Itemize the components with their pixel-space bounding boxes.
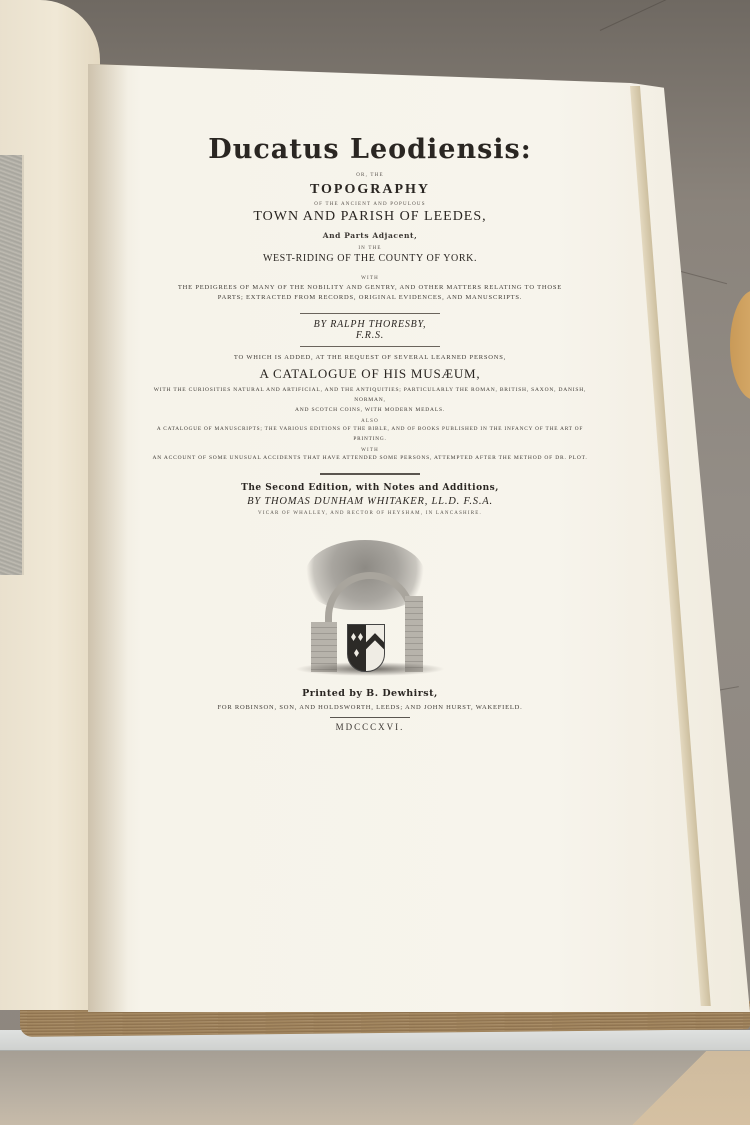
arch-engraving xyxy=(285,532,455,682)
pedigrees-line-2: PARTS; EXTRACTED FROM RECORDS, ORIGINAL … xyxy=(140,293,600,303)
frontispiece-plate xyxy=(0,155,24,575)
curiosities-line-2: AND SCOTCH COINS, WITH MODERN MEDALS. xyxy=(140,405,600,415)
publishers-line: FOR ROBINSON, SON, AND HOLDSWORTH, LEEDS… xyxy=(140,703,600,713)
manuscripts-line: A CATALOGUE OF MANUSCRIPTS; THE VARIOUS … xyxy=(140,424,600,444)
author-line: BY RALPH THORESBY, F.R.S. xyxy=(300,313,440,347)
lozenge-icon xyxy=(358,633,363,641)
divider-rule xyxy=(320,473,420,475)
left-page xyxy=(0,0,100,1010)
ancient-populous: OF THE ANCIENT AND POPULOUS xyxy=(140,202,600,207)
pedigrees-line-1: THE PEDIGREES OF MANY OF THE NOBILITY AN… xyxy=(140,283,600,293)
in-the: IN THE xyxy=(140,246,600,251)
divider-thin xyxy=(330,717,410,718)
editor-line: BY THOMAS DUNHAM WHITAKER, LL.D. F.S.A. xyxy=(140,496,600,507)
with-label-1: WITH xyxy=(140,276,600,281)
printer-line: Printed by B. Dewhirst, xyxy=(140,688,600,699)
catalogue-heading: A CATALOGUE OF HIS MUSÆUM, xyxy=(140,366,600,382)
lozenge-icon xyxy=(354,649,359,657)
curiosities-line-1: WITH THE CURIOSITIES NATURAL AND ARTIFIC… xyxy=(140,385,600,405)
title-page-text: Ducatus Leodiensis: OR, THE TOPOGRAPHY O… xyxy=(140,130,600,732)
to-which-added: TO WHICH IS ADDED, AT THE REQUEST OF SEV… xyxy=(140,353,600,363)
gutter-shadow xyxy=(88,64,128,1012)
editor-title: VICAR OF WHALLEY, AND RECTOR OF HEYSHAM,… xyxy=(140,511,600,516)
parts-adjacent: And Parts Adjacent, xyxy=(140,231,600,240)
or-the: OR, THE xyxy=(140,173,600,178)
account-line: AN ACCOUNT OF SOME UNUSUAL ACCIDENTS THA… xyxy=(140,453,600,463)
topography-heading: TOPOGRAPHY xyxy=(140,182,600,198)
town-and-parish: TOWN AND PARISH OF LEEDES, xyxy=(140,209,600,225)
chevron-icon xyxy=(362,633,385,658)
heraldic-shield-icon xyxy=(347,624,385,672)
year: MDCCCXVI. xyxy=(140,722,600,732)
book-title: Ducatus Leodiensis: xyxy=(140,134,600,165)
west-riding: WEST-RIDING OF THE COUNTY OF YORK. xyxy=(140,253,600,264)
lozenge-icon xyxy=(351,633,356,641)
arch-pillar-right xyxy=(405,596,423,672)
stand-brace xyxy=(590,1050,750,1125)
marble-vein xyxy=(600,0,709,31)
edition-line: The Second Edition, with Notes and Addit… xyxy=(140,483,600,493)
